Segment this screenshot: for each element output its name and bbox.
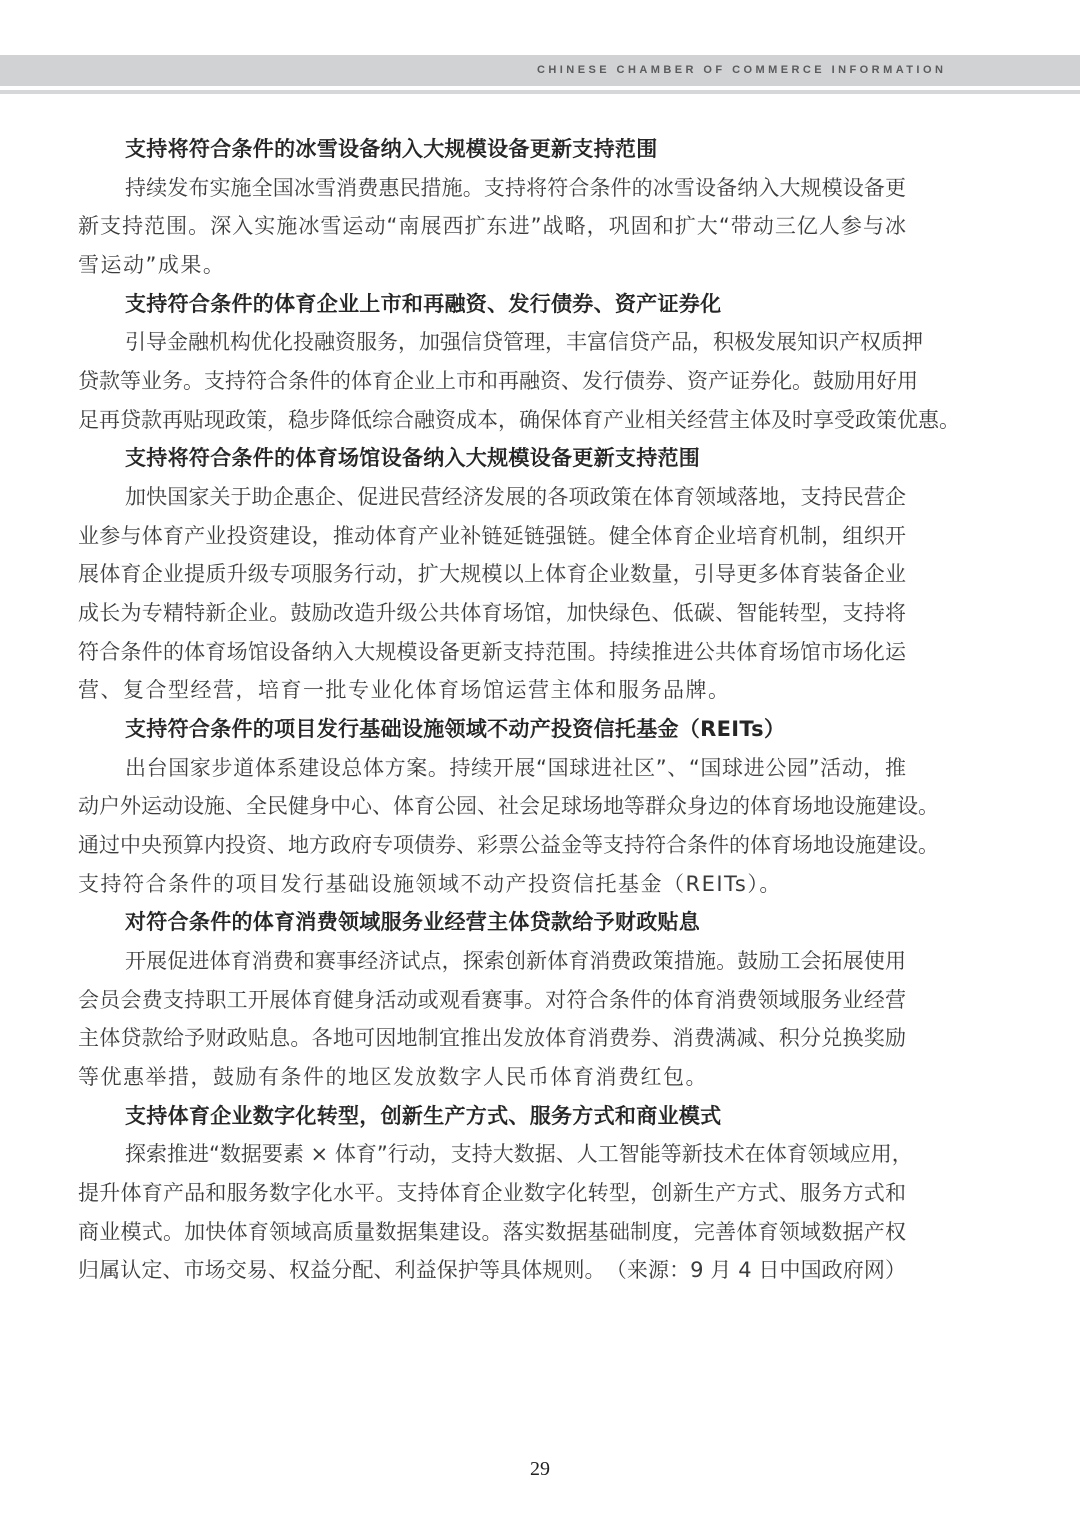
page-number: 29 (0, 1458, 1080, 1481)
paragraph-line: 商业模式。加快体育领域高质量数据集建设。落实数据基础制度，完善体育领域数据产权 (78, 1213, 906, 1251)
paragraph-line: 足再贷款再贴现政策，稳步降低综合融资成本，确保体育产业相关经营主体及时享受政策优… (78, 401, 906, 439)
section-heading: 支持将符合条件的冰雪设备纳入大规模设备更新支持范围 (125, 130, 658, 168)
paragraph-line: 新支持范围。深入实施冰雪运动“南展西扩东进”战略，巩固和扩大“带动三亿人参与冰 (78, 207, 906, 245)
section-heading: 支持符合条件的项目发行基础设施领域不动产投资信托基金（REITs） (125, 710, 785, 748)
paragraph-line: 成长为专精特新企业。鼓励改造升级公共体育场馆，加快绿色、低碳、智能转型，支持将 (78, 594, 906, 632)
section-heading: 支持将符合条件的体育场馆设备纳入大规模设备更新支持范围 (125, 439, 700, 477)
paragraph-line: 提升体育产品和服务数字化水平。支持体育企业数字化转型，创新生产方式、服务方式和 (78, 1174, 906, 1212)
section-heading: 对符合条件的体育消费领域服务业经营主体贷款给予财政贴息 (125, 903, 700, 941)
paragraph-line: 加快国家关于助企惠企、促进民营经济发展的各项政策在体育领域落地，支持民营企 (125, 478, 906, 516)
paragraph-line: 出台国家步道体系建设总体方案。持续开展“国球进社区”、“国球进公园”活动，推 (125, 749, 906, 787)
header-divider (0, 90, 1080, 94)
paragraph-line: 开展促进体育消费和赛事经济试点，探索创新体育消费政策措施。鼓励工会拓展使用 (125, 942, 906, 980)
section-heading: 支持体育企业数字化转型，创新生产方式、服务方式和商业模式 (125, 1097, 721, 1135)
paragraph-line: 业参与体育产业投资建设，推动体育产业补链延链强链。健全体育企业培育机制，组织开 (78, 517, 906, 555)
running-header-title: CHINESE CHAMBER OF COMMERCE INFORMATION (537, 63, 947, 77)
paragraph-line: 会员会费支持职工开展体育健身活动或观看赛事。对符合条件的体育消费领域服务业经营 (78, 981, 906, 1019)
paragraph-line: 营、复合型经营，培育一批专业化体育场馆运营主体和服务品牌。 (78, 671, 731, 709)
paragraph-line: 探索推进“数据要素 × 体育”行动，支持大数据、人工智能等新技术在体育领域应用， (125, 1135, 906, 1173)
paragraph-line: 雪运动”成果。 (78, 246, 225, 284)
paragraph-line: 动户外运动设施、全民健身中心、体育公园、社会足球场地等群众身边的体育场地设施建设… (78, 787, 906, 825)
paragraph-line: 贷款等业务。支持符合条件的体育企业上市和再融资、发行债券、资产证券化。鼓励用好用 (78, 362, 906, 400)
paragraph-line: 等优惠举措，鼓励有条件的地区发放数字人民币体育消费红包。 (78, 1058, 708, 1096)
section-heading: 支持符合条件的体育企业上市和再融资、发行债券、资产证券化 (125, 285, 721, 323)
paragraph-line: 引导金融机构优化投融资服务，加强信贷管理，丰富信贷产品，积极发展知识产权质押 (125, 323, 906, 361)
paragraph-line-with-source: 归属认定、市场交易、权益分配、利益保护等具体规则。 （来源：9 月 4 日中国政… (78, 1251, 906, 1289)
paragraph-line: 通过中央预算内投资、地方政府专项债券、彩票公益金等支持符合条件的体育场地设施建设… (78, 826, 906, 864)
paragraph-line: 支持符合条件的项目发行基础设施领域不动产投资信托基金（REITs）。 (78, 865, 782, 903)
paragraph-line: 主体贷款给予财政贴息。各地可因地制宜推出发放体育消费券、消费满减、积分兑换奖励 (78, 1019, 906, 1057)
paragraph-line: 持续发布实施全国冰雪消费惠民措施。支持将符合条件的冰雪设备纳入大规模设备更 (125, 169, 906, 207)
paragraph-line: 展体育企业提质升级专项服务行动，扩大规模以上体育企业数量，引导更多体育装备企业 (78, 555, 906, 593)
paragraph-line: 符合条件的体育场馆设备纳入大规模设备更新支持范围。持续推进公共体育场馆市场化运 (78, 633, 906, 671)
